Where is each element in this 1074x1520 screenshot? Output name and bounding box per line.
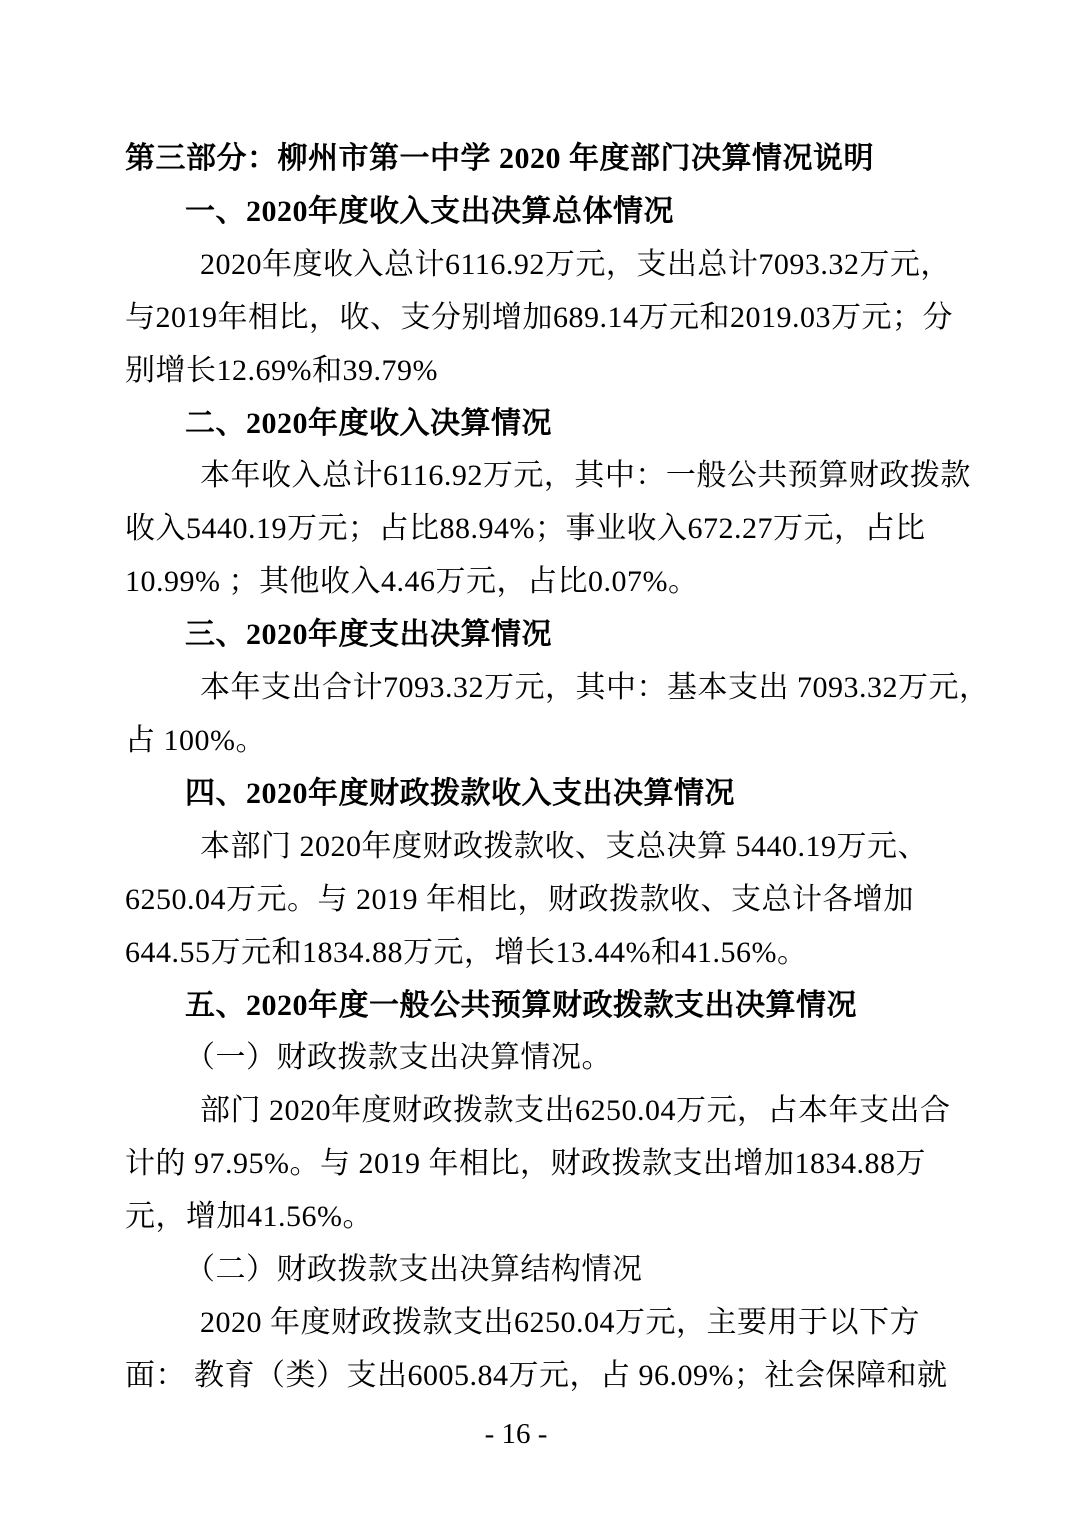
paragraph-line: 644.55万元和1834.88万元，增长13.44%和41.56%。: [125, 927, 953, 980]
paragraph-line: 部门 2020年度财政拨款支出6250.04万元，占本年支出合: [125, 1085, 953, 1138]
paragraph-line: 面： 教育（类）支出6005.84万元，占 96.09%；社会保障和就: [125, 1350, 953, 1403]
section-3-heading: 三、2020年度支出决算情况: [125, 609, 953, 662]
paragraph-line: 与2019年相比，收、支分别增加689.14万元和2019.03万元；分: [125, 292, 953, 345]
paragraph-line: 6250.04万元。与 2019 年相比，财政拨款收、支总计各增加: [125, 874, 953, 927]
subsection-1-heading: （一）财政拨款支出决算情况。: [125, 1032, 953, 1085]
section-5-heading: 五、2020年度一般公共预算财政拨款支出决算情况: [125, 980, 953, 1033]
section-1-heading: 一、2020年度收入支出决算总体情况: [125, 186, 953, 239]
paragraph-line: 别增长12.69%和39.79%: [125, 345, 953, 398]
document-body: 第三部分：柳州市第一中学 2020 年度部门决算情况说明 一、2020年度收入支…: [125, 133, 953, 1403]
subsection-2-heading: （二）财政拨款支出决算结构情况: [125, 1244, 953, 1297]
section-2-heading: 二、2020年度收入决算情况: [125, 398, 953, 451]
paragraph-line: 元，增加41.56%。: [125, 1191, 953, 1244]
paragraph-line: 本年收入总计6116.92万元，其中：一般公共预算财政拨款: [125, 450, 953, 503]
document-title: 第三部分：柳州市第一中学 2020 年度部门决算情况说明: [125, 133, 953, 186]
paragraph-line: 计的 97.95%。与 2019 年相比，财政拨款支出增加1834.88万: [125, 1138, 953, 1191]
paragraph-line: 本部门 2020年度财政拨款收、支总决算 5440.19万元、: [125, 821, 953, 874]
paragraph-line: 收入5440.19万元；占比88.94%；事业收入672.27万元，占比: [125, 503, 953, 556]
page-number: - 16 -: [0, 1414, 1032, 1454]
section-4-heading: 四、2020年度财政拨款收入支出决算情况: [125, 768, 953, 821]
paragraph-line: 本年支出合计7093.32万元，其中：基本支出 7093.32万元，: [125, 662, 953, 715]
paragraph-line: 2020 年度财政拨款支出6250.04万元，主要用于以下方: [125, 1297, 953, 1350]
document-page: 第三部分：柳州市第一中学 2020 年度部门决算情况说明 一、2020年度收入支…: [0, 0, 1074, 1520]
paragraph-line: 2020年度收入总计6116.92万元，支出总计7093.32万元，: [125, 239, 953, 292]
paragraph-line: 占 100%。: [125, 715, 953, 768]
paragraph-line: 10.99% ；其他收入4.46万元，占比0.07%。: [125, 556, 953, 609]
